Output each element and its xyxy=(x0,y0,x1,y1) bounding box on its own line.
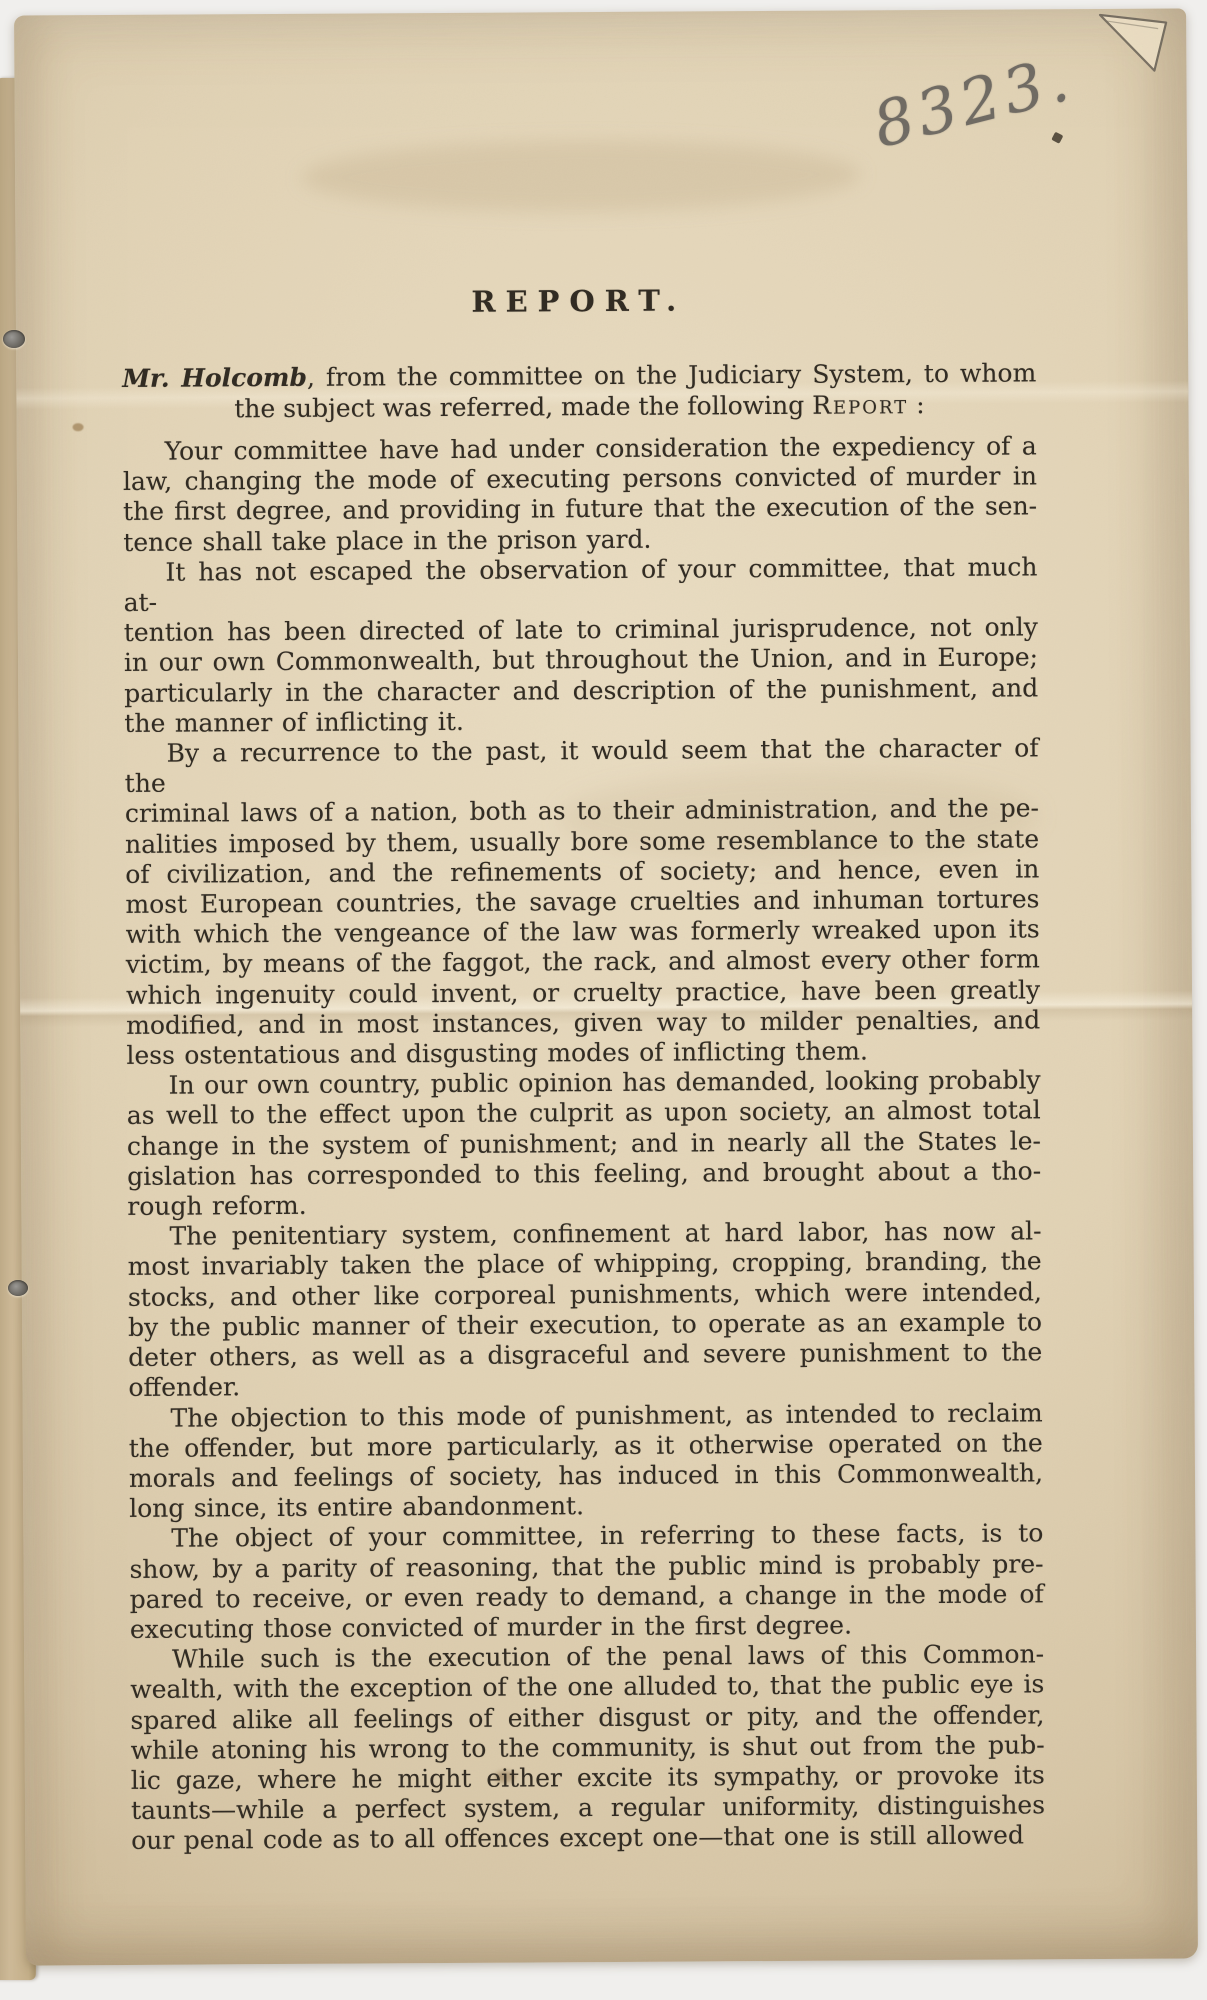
report-smallcaps: Report xyxy=(812,390,908,420)
text-line: deter others, as well as a disgraceful a… xyxy=(128,1337,1042,1373)
paragraph: The objection to this mode of punishment… xyxy=(129,1398,1044,1524)
speaker-name: Mr. Holcomb xyxy=(122,363,307,393)
text-line: the subject was referred, made the follo… xyxy=(122,388,1036,425)
text-column: REPORT. Mr. Holcomb, from the committee … xyxy=(122,281,1046,1856)
intro-paragraph: Mr. Holcomb, from the committee on the J… xyxy=(122,357,1036,425)
intro-colon: : xyxy=(908,390,925,419)
stitch-hole xyxy=(8,1280,28,1296)
paragraph: The penitentiary system, confinement at … xyxy=(127,1217,1042,1404)
text-line: wealth, with the exception of the one al… xyxy=(130,1670,1044,1706)
foxing-spot xyxy=(73,423,84,431)
text-line: gislation has corresponded to this feeli… xyxy=(127,1156,1041,1192)
intro-line2-text: the subject was referred, made the follo… xyxy=(234,391,812,424)
paragraphs: Your committee have had under considerat… xyxy=(123,431,1046,1856)
text-line: our penal code as to all offences except… xyxy=(131,1821,1045,1857)
paragraph: While such is the execution of the penal… xyxy=(130,1639,1045,1856)
report-title: REPORT. xyxy=(122,281,1036,321)
scan-background: 8323. REPORT. Mr. Holcomb, from the comm… xyxy=(0,0,1207,2000)
text-line: pared to receive, or even ready to deman… xyxy=(130,1579,1044,1615)
pencil-accession-number: 8323. xyxy=(866,22,1155,162)
text-line: It has not escaped the observation of yo… xyxy=(123,552,1037,618)
ink-showthrough-smudge xyxy=(301,138,861,213)
paragraph: By a recurrence to the past, it would se… xyxy=(124,733,1040,1071)
stitch-hole xyxy=(3,330,25,348)
text-line: By a recurrence to the past, it would se… xyxy=(124,733,1038,799)
text-line: The object of your committee, in referri… xyxy=(129,1519,1043,1555)
ink-speck xyxy=(1051,132,1063,144)
text-line: particularly in the character and descri… xyxy=(124,673,1038,709)
paragraph: In our own country, public opinion has d… xyxy=(127,1066,1042,1223)
document-page: 8323. REPORT. Mr. Holcomb, from the comm… xyxy=(14,8,1198,1965)
paragraph: The object of your committee, in referri… xyxy=(129,1519,1044,1645)
paragraph: Your committee have had under considerat… xyxy=(123,431,1038,557)
paragraph: It has not escaped the observation of yo… xyxy=(123,552,1038,739)
intro-line1-text: , from the committee on the Judiciary Sy… xyxy=(307,358,1036,391)
text-line: modified, and in most instances, given w… xyxy=(126,1005,1040,1041)
text-line: the first degree, and providing in futur… xyxy=(123,492,1037,528)
text-line: morals and feelings of society, has indu… xyxy=(129,1458,1043,1494)
